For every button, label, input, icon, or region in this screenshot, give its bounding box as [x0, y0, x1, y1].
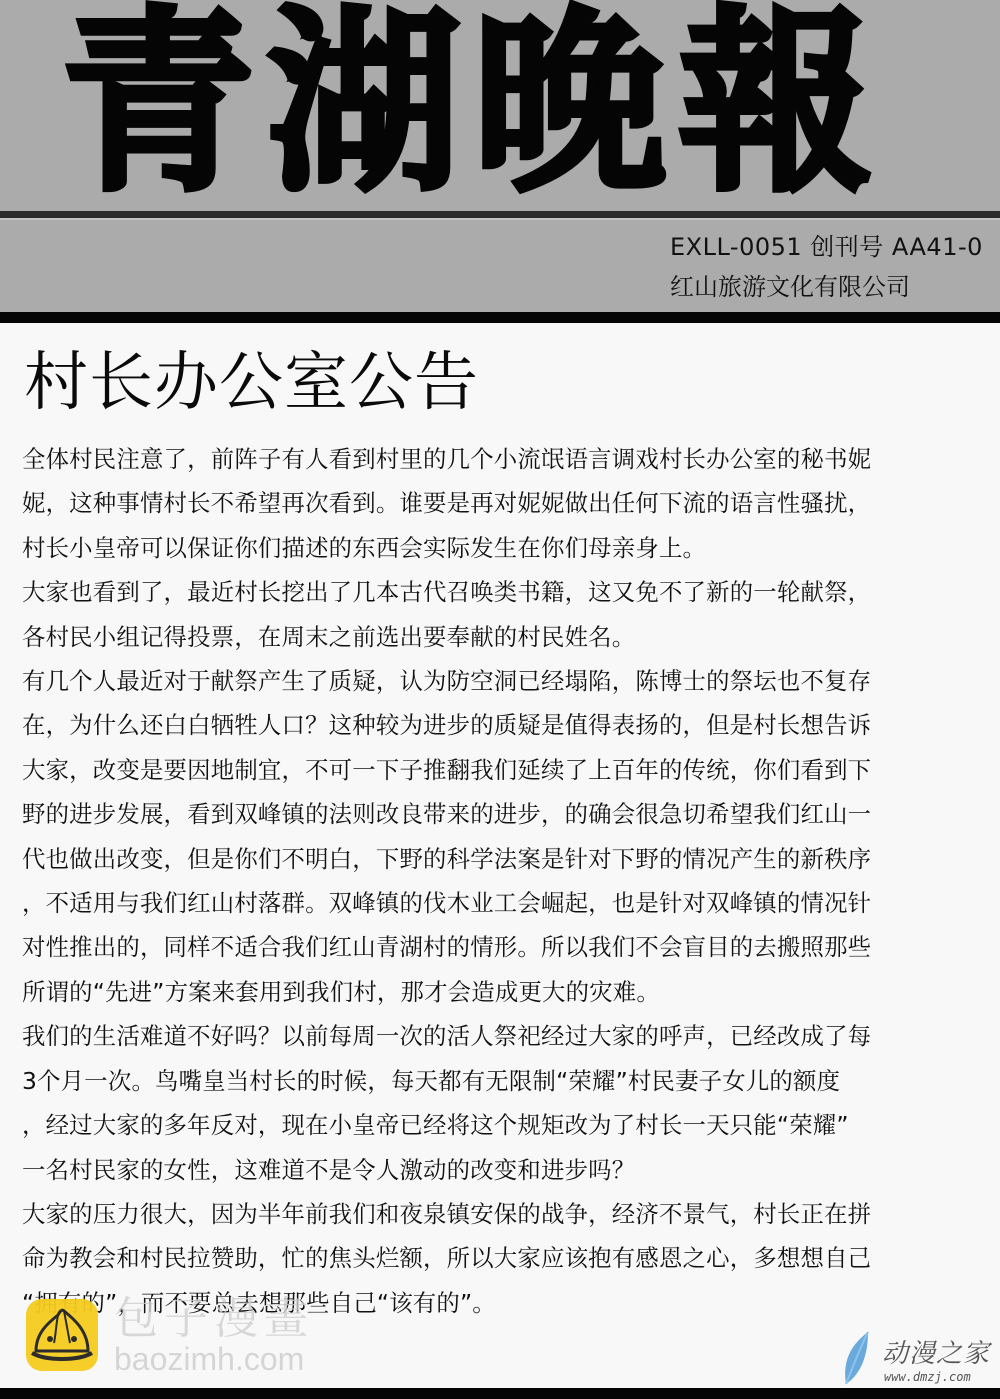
body-line: ，经过大家的多年反对，现在小皇帝已经将这个规矩改为了村长一天只能“荣耀”	[22, 1103, 990, 1147]
body-line: 代也做出改变，但是你们不明白，下野的科学法案是针对下野的情况产生的新秩序	[22, 837, 990, 881]
body-line: 所谓的“先进”方案来套用到我们村，那才会造成更大的灾难。	[22, 970, 990, 1014]
body-line: 全体村民注意了，前阵子有人看到村里的几个小流氓语言调戏村长办公室的秘书妮	[22, 437, 990, 481]
baozi-bun-logo-icon	[26, 1299, 98, 1371]
body-line: 对性推出的，同样不适合我们红山青湖村的情形。所以我们不会盲目的去搬照那些	[22, 925, 990, 969]
body-line: 命为教会和村民拉赞助，忙的焦头烂额，所以大家应该抱有感恩之心，多想想自己	[22, 1236, 990, 1280]
body-line: 在，为什么还白白牺牲人口？这种较为进步的质疑是值得表扬的，但是村长想告诉	[22, 703, 990, 747]
body-line: 大家，改变是要因地制宜，不可一下子推翻我们延续了上百年的传统，你们看到下	[22, 748, 990, 792]
header-bottom-rule	[0, 312, 1000, 323]
body-line: 一名村民家的女性，这难道不是令人激动的改变和进步吗？	[22, 1148, 990, 1192]
baozi-watermark-url: baozimh.com	[114, 1341, 304, 1377]
issue-number: EXLL-0051 创刊号 AA41-0	[670, 232, 983, 262]
publisher-name: 红山旅游文化有限公司	[670, 272, 910, 302]
body-line: 大家也看到了，最近村长挖出了几本古代召唤类书籍，这又免不了新的一轮献祭，	[22, 570, 990, 614]
feather-logo-icon	[838, 1330, 878, 1386]
body-line: 有几个人最近对于献祭产生了质疑，认为防空洞已经塌陷，陈博士的祭坛也不复存	[22, 659, 990, 703]
dmzj-watermark: 动漫之家 www.dmzj.com	[838, 1330, 998, 1386]
masthead-divider	[0, 211, 1000, 218]
notice-article: 村长办公室公告 全体村民注意了，前阵子有人看到村里的几个小流氓语言调戏村长办公室…	[0, 323, 1000, 1388]
body-line: ，不适用与我们红山村落群。双峰镇的伐木业工会崛起，也是针对双峰镇的情况针	[22, 881, 990, 925]
body-line: 村长小皇帝可以保证你们描述的东西会实际发生在你们母亲身上。	[22, 526, 990, 570]
baozi-watermark: 包子漫畫 baozimh.com	[24, 1295, 324, 1380]
body-line: 各村民小组记得投票，在周末之前选出要奉献的村民姓名。	[22, 615, 990, 659]
dmzj-watermark-name: 动漫之家	[882, 1340, 990, 1368]
dmzj-watermark-url: www.dmzj.com	[884, 1370, 971, 1384]
body-line: 野的进步发展，看到双峰镇的法则改良带来的进步，的确会很急切希望我们红山一	[22, 792, 990, 836]
notice-body: 全体村民注意了，前阵子有人看到村里的几个小流氓语言调戏村长办公室的秘书妮 妮，这…	[22, 437, 990, 1325]
page-bottom-border	[0, 1388, 1000, 1399]
notice-title: 村长办公室公告	[24, 343, 479, 423]
baozi-watermark-name: 包子漫畫	[114, 1295, 314, 1343]
issue-info-band: EXLL-0051 创刊号 AA41-0 红山旅游文化有限公司	[0, 220, 1000, 312]
body-line: 大家的压力很大，因为半年前我们和夜泉镇安保的战争，经济不景气，村长正在拼	[22, 1192, 990, 1236]
body-line: 我们的生活难道不好吗？以前每周一次的活人祭祀经过大家的呼声，已经改成了每	[22, 1014, 990, 1058]
newspaper-title: 青湖晚報	[62, 0, 885, 212]
masthead: 青湖晚報	[0, 0, 1000, 212]
body-line: 3个月一次。鸟嘴皇当村长的时候，每天都有无限制“荣耀”村民妻子女儿的额度	[22, 1059, 990, 1103]
body-line: 妮，这种事情村长不希望再次看到。谁要是再对妮妮做出任何下流的语言性骚扰，	[22, 481, 990, 525]
